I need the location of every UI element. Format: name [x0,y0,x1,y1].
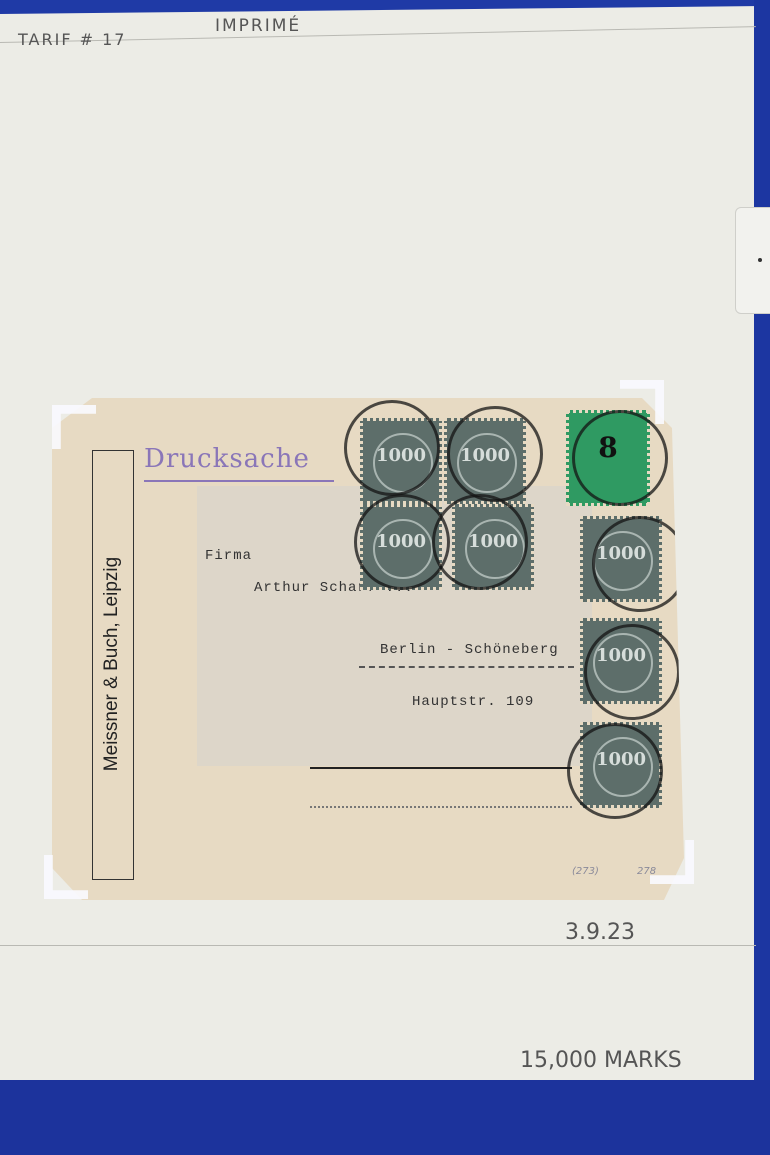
ruled-line-bottom [0,945,756,946]
background-bottom [0,1080,770,1155]
page-tab [735,207,770,314]
postmark [572,410,668,506]
postmark [592,516,688,612]
address-dashed-underline [359,666,574,668]
mail-class-stamp: Drucksache [144,444,310,474]
postmark [344,400,440,496]
postal-cover: Meissner & Buch, Leipzig Drucksache Firm… [52,398,684,900]
background-right [754,0,770,1155]
catalog-note-1: (273) [572,866,599,877]
mail-class-underline [144,480,334,482]
postmark [447,406,543,502]
postage-total-note: 15,000 MARKS [520,1048,682,1073]
postmark [584,624,680,720]
address-line-1: Firma [205,548,252,564]
dotted-line [310,806,572,808]
dot [758,258,762,262]
postmark [567,723,663,819]
address-line-3: Berlin - Schöneberg [380,642,559,658]
tariff-note: TARIF # 17 [18,30,126,49]
date-note: 3.9.23 [565,920,635,945]
category-note: IMPRIMÉ [215,16,301,36]
address-line-4: Hauptstr. 109 [412,694,534,710]
sender-imprint: Meissner & Buch, Leipzig [101,557,123,771]
postmark [432,494,528,590]
ruled-line [310,767,572,769]
